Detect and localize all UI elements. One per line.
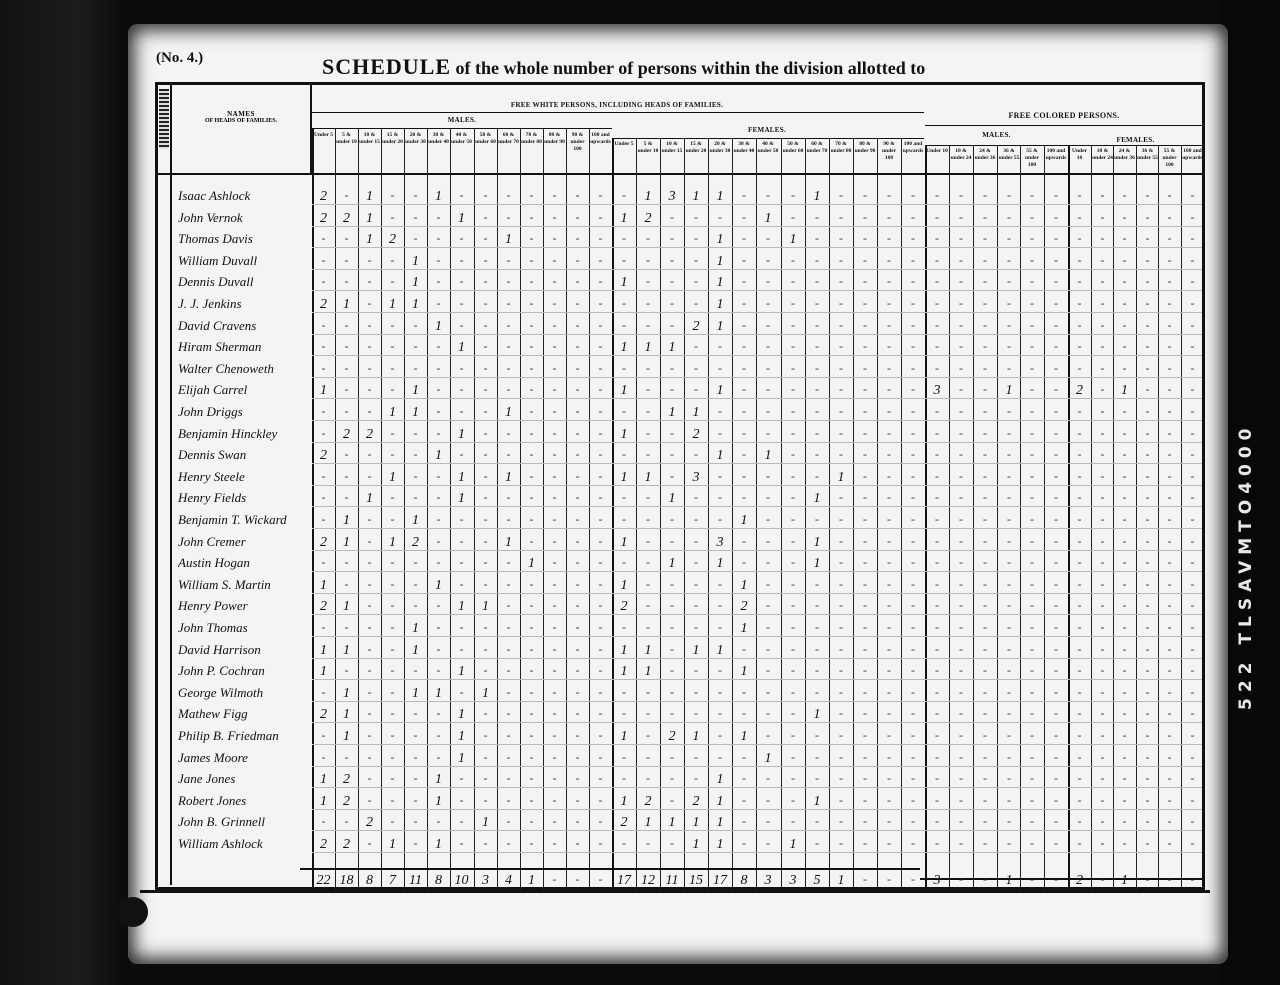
tally-cell: 2 [336,211,358,227]
tally-cell: - [878,469,900,484]
tally-cell: - [757,814,779,829]
tally-cell: 1 [336,513,358,529]
age-column-header: 55 & under 100 [1021,148,1043,190]
age-column-header: 24 & under 36 [1114,148,1135,190]
head-of-family-name: John Thomas [178,620,314,636]
tally-cell: - [830,814,852,829]
head-of-family-name: Hiram Sherman [178,339,314,355]
age-column-header: 90 & under 100 [567,132,588,174]
tally-cell: - [1045,793,1067,808]
tally-cell: - [590,728,612,743]
tally-cell: - [567,469,589,484]
tally-cell: - [685,339,707,354]
tally-cell: - [806,382,828,397]
tally-cell: - [806,469,828,484]
tally-cell: - [382,598,404,613]
tally-cell: - [926,620,948,635]
age-column-header: Under 5 [613,141,635,183]
tally-cell: 1 [451,470,473,486]
tally-cell: - [878,771,900,786]
tally-cell: - [854,706,876,721]
tally-cell: - [685,382,707,397]
tally-cell: - [637,253,659,268]
tally-cell: 2 [613,815,635,831]
tally-cell: - [974,318,996,333]
head-of-family-name: James Moore [178,750,314,766]
tally-cell: - [902,382,924,397]
tally-cell: - [1069,620,1091,635]
tally-cell: - [1045,210,1067,225]
tally-cell: - [313,814,335,829]
tally-cell: - [1021,404,1043,419]
tally-cell: - [521,447,543,462]
tally-cell: 2 [661,729,683,745]
tally-cell: - [613,253,635,268]
tally-cell: - [475,274,497,289]
tally-cell: - [382,685,404,700]
tally-cell: - [637,512,659,527]
tally-cell: - [1092,490,1114,505]
tally-cell: - [974,188,996,203]
age-column-header: 55 & under 100 [1159,148,1180,190]
tally-cell: - [1069,188,1091,203]
tally-cell: - [1159,793,1181,808]
tally-cell: - [359,663,381,678]
tally-cell: - [475,210,497,225]
tally-cell: - [878,296,900,311]
tally-cell: - [1045,426,1067,441]
tally-cell: - [1069,447,1091,462]
tally-cell: - [475,512,497,527]
tally-cell: - [428,231,450,246]
tally-cell: - [1045,469,1067,484]
tally-cell: - [382,555,404,570]
tally-cell: - [998,274,1020,289]
tally-cell: - [475,793,497,808]
tally-cell: - [521,296,543,311]
tally-cell: - [1137,274,1159,289]
head-of-family-name: Jane Jones [178,771,314,787]
tally-cell: - [974,555,996,570]
tally-cell: - [405,771,427,786]
tally-cell: - [544,188,566,203]
tally-cell: - [405,361,427,376]
tally-cell: - [902,685,924,700]
tally-cell: - [590,339,612,354]
tally-cell: - [544,620,566,635]
tally-cell: - [1159,469,1181,484]
total-cell: 1 [521,873,543,889]
tally-cell: - [1114,836,1136,851]
tally-cell: - [544,253,566,268]
tally-cell: - [878,512,900,527]
tally-cell: - [544,706,566,721]
tally-cell: - [359,793,381,808]
tally-cell: - [451,577,473,592]
tally-cell: - [830,555,852,570]
tally-cell: - [521,706,543,721]
tally-cell: 2 [313,189,335,205]
tally-cell: - [998,598,1020,613]
tally-cell: - [950,685,972,700]
tally-cell: - [475,231,497,246]
tally-cell: - [950,750,972,765]
tally-cell: - [1069,296,1091,311]
tally-cell: - [806,663,828,678]
tally-cell: - [806,274,828,289]
tally-cell: - [998,339,1020,354]
tally-cell: - [1182,512,1204,527]
tally-cell: - [926,426,948,441]
tally-cell: - [567,663,589,678]
tally-cell: - [830,836,852,851]
tally-cell: - [475,404,497,419]
tally-cell: 1 [1114,383,1136,399]
tally-cell: - [1137,382,1159,397]
tally-cell: - [590,534,612,549]
tally-cell: - [451,555,473,570]
total-cell: 12 [637,873,659,889]
tally-cell: - [1159,426,1181,441]
tally-cell: - [782,598,804,613]
tally-cell: - [806,210,828,225]
tally-cell: - [830,188,852,203]
tally-cell: 2 [313,837,335,853]
tally-cell: - [830,685,852,700]
tally-cell: - [733,253,755,268]
tally-cell: - [1069,598,1091,613]
tally-cell: - [1021,814,1043,829]
tally-cell: - [567,577,589,592]
tally-cell: - [1021,188,1043,203]
tally-cell: - [498,750,520,765]
tally-cell: - [336,253,358,268]
tally-cell: - [926,685,948,700]
tally-cell: - [1092,836,1114,851]
tally-cell: - [709,728,731,743]
tally-cell: - [521,339,543,354]
tally-cell: - [709,210,731,225]
tally-cell: - [1114,404,1136,419]
tally-cell: - [926,210,948,225]
tally-cell: - [405,339,427,354]
tally-cell: - [1182,469,1204,484]
tally-cell: - [733,793,755,808]
tally-cell: - [544,404,566,419]
tally-cell: - [613,318,635,333]
tally-cell: - [685,490,707,505]
tally-cell: - [1069,771,1091,786]
tally-cell: - [1137,750,1159,765]
age-column-header: 5 & under 10 [637,141,659,183]
tally-cell: 1 [428,837,450,853]
tally-cell: - [1159,339,1181,354]
tally-cell: - [1137,188,1159,203]
tally-cell: - [878,447,900,462]
tally-cell: - [359,382,381,397]
tally-cell: - [521,642,543,657]
tally-cell: 1 [661,340,683,356]
tally-cell: - [878,404,900,419]
tally-cell: 1 [405,686,427,702]
tally-cell: - [974,361,996,376]
tally-cell: - [1182,210,1204,225]
tally-cell: - [1137,577,1159,592]
total-cell: 17 [709,873,731,889]
tally-cell: 1 [521,556,543,572]
head-of-family-name: Dennis Duvall [178,274,314,290]
age-column-header: 30 & under 40 [733,141,755,183]
tally-cell: - [661,685,683,700]
tally-cell: - [336,663,358,678]
tally-cell: - [613,620,635,635]
tally-cell: - [1159,361,1181,376]
tally-cell: - [709,512,731,527]
tally-cell: - [902,318,924,333]
tally-cell: - [313,339,335,354]
tally-cell: - [637,534,659,549]
tally-cell: - [685,231,707,246]
tally-cell: - [685,296,707,311]
tally-cell: - [974,490,996,505]
tally-cell: - [1092,728,1114,743]
tally-cell: - [475,361,497,376]
tally-cell: 1 [405,405,427,421]
household-row: Hiram Sherman------1------111-----------… [172,339,1202,359]
tally-cell: - [475,706,497,721]
tally-cell: - [1182,685,1204,700]
tally-cell: - [590,771,612,786]
tally-cell: 1 [637,643,659,659]
household-row: Dennis Duvall----1--------1---1---------… [172,274,1202,294]
tally-cell: - [1045,577,1067,592]
free-white-heading: FREE WHITE PERSONS, INCLUDING HEADS OF F… [312,101,922,109]
rule [925,125,1203,126]
tally-cell: - [878,620,900,635]
tally-cell: 1 [336,599,358,615]
tally-cell: - [902,706,924,721]
tally-cell: - [685,534,707,549]
tally-cell: - [998,642,1020,657]
tally-cell: 3 [926,383,948,399]
tally-cell: - [782,426,804,441]
tally-cell: - [451,836,473,851]
tally-cell: - [1159,512,1181,527]
tally-cell: - [590,296,612,311]
tally-cell: - [1021,426,1043,441]
names-header-sub: OF HEADS OF FAMILIES. [172,118,310,124]
tally-cell: - [1137,210,1159,225]
film-punch-hole [118,897,148,927]
tally-cell: - [830,771,852,786]
tally-cell: - [661,210,683,225]
tally-cell: - [926,706,948,721]
tally-cell: - [1137,296,1159,311]
tally-cell: - [902,577,924,592]
tally-cell: - [475,382,497,397]
tally-cell: - [428,490,450,505]
tally-cell: - [521,210,543,225]
tally-cell: - [1021,318,1043,333]
microfilm-reel-id: 522 TLSAVMTO4000 [1236,190,1276,710]
total-cell: - [854,872,876,887]
tally-cell: - [782,706,804,721]
tally-cell: - [1092,296,1114,311]
tally-cell: - [1045,296,1067,311]
tally-cell: - [405,490,427,505]
tally-cell: - [475,534,497,549]
age-column-header: 20 & under 30 [709,141,731,183]
tally-cell: - [1182,231,1204,246]
tally-cell: - [757,555,779,570]
tally-cell: - [382,210,404,225]
tally-cell: - [405,318,427,333]
tally-cell: - [1182,274,1204,289]
tally-cell: - [782,814,804,829]
tally-cell: - [428,642,450,657]
tally-cell: - [974,296,996,311]
tally-cell: - [661,771,683,786]
tally-cell: - [613,685,635,700]
head-of-family-name: John Vernok [178,210,314,226]
tally-cell: - [1114,728,1136,743]
tally-cell: - [521,469,543,484]
tally-cell: - [1069,274,1091,289]
tally-cell: - [521,231,543,246]
tally-cell: 1 [709,815,731,831]
tally-cell: - [313,620,335,635]
tally-cell: - [854,296,876,311]
tally-cell: - [567,361,589,376]
tally-cell: 1 [382,405,404,421]
head-of-family-name: William Ashlock [178,836,314,852]
tally-cell: - [974,642,996,657]
tally-cell: - [1021,339,1043,354]
tally-cell: - [359,296,381,311]
age-column-header: 70 & under 80 [521,132,542,174]
tally-cell: - [567,253,589,268]
tally-cell: - [382,512,404,527]
tally-cell: - [661,447,683,462]
tally-cell: - [1159,598,1181,613]
tally-cell: 1 [613,275,635,291]
tally-cell: - [926,642,948,657]
tally-cell: - [544,339,566,354]
tally-cell: - [854,188,876,203]
tally-cell: - [637,555,659,570]
tally-cell: - [1114,814,1136,829]
tally-cell: - [428,382,450,397]
rule [312,112,924,113]
tally-cell: 1 [998,383,1020,399]
tally-cell: - [567,555,589,570]
tally-cell: - [637,426,659,441]
tally-cell: - [428,339,450,354]
tally-cell: - [782,253,804,268]
tally-cell: - [902,728,924,743]
tally-cell: - [1159,382,1181,397]
tally-cell: - [902,750,924,765]
age-column-header: 15 & under 20 [685,141,707,183]
tally-cell: - [1069,512,1091,527]
total-cell: 10 [451,873,473,889]
tally-cell: 1 [757,211,779,227]
tally-cell: - [590,447,612,462]
tally-cell: - [1092,771,1114,786]
tally-cell: - [1159,210,1181,225]
tally-cell: 1 [709,448,731,464]
head-of-family-name: Benjamin Hinckley [178,426,314,442]
tally-cell: - [950,663,972,678]
tally-cell: - [451,534,473,549]
tally-cell: - [428,750,450,765]
tally-cell: - [661,361,683,376]
head-of-family-name: William S. Martin [178,577,314,593]
tally-cell: - [1069,534,1091,549]
tally-cell: - [950,469,972,484]
tally-cell: - [1092,426,1114,441]
tally-cell: - [1182,555,1204,570]
tally-cell: - [313,750,335,765]
tally-cell: - [830,447,852,462]
head-of-family-name: J. J. Jenkins [178,296,314,312]
tally-cell: - [830,577,852,592]
tally-cell: 1 [806,535,828,551]
tally-cell: - [382,318,404,333]
tally-cell: - [567,814,589,829]
tally-cell: 2 [313,448,335,464]
household-row: Jane Jones12---1-----------1------------… [172,771,1202,791]
tally-cell: - [1069,339,1091,354]
tally-cell: - [1021,685,1043,700]
tally-cell: - [902,814,924,829]
tally-cell: - [1114,210,1136,225]
household-row: Thomas Davis--12----1--------1--1-------… [172,231,1202,251]
tally-cell: 1 [661,491,683,507]
tally-cell: 1 [405,643,427,659]
tally-cell: - [854,598,876,613]
tally-cell: - [590,382,612,397]
tally-cell: - [830,296,852,311]
tally-cell: - [498,577,520,592]
tally-cell: 1 [382,837,404,853]
tally-cell: - [1069,706,1091,721]
tally-cell: 1 [382,535,404,551]
tally-cell: 1 [313,794,335,810]
tally-cell: - [974,577,996,592]
tally-cell: 1 [685,643,707,659]
tally-cell: - [685,577,707,592]
tally-cell: - [590,512,612,527]
tally-cell: - [685,555,707,570]
tally-cell: - [878,814,900,829]
tally-cell: - [806,836,828,851]
tally-cell: - [475,469,497,484]
tally-cell: - [1021,555,1043,570]
head-of-family-name: Benjamin T. Wickard [178,512,314,528]
tally-cell: 1 [475,686,497,702]
household-row: Henry Fields--1---1--------1-----1------… [172,490,1202,510]
tally-cell: - [498,771,520,786]
tally-cell: - [926,447,948,462]
tally-cell: - [757,404,779,419]
tally-cell: - [613,490,635,505]
tally-cell: 1 [733,578,755,594]
total-cell: - [567,872,589,887]
tally-cell: - [1021,728,1043,743]
tally-cell: 1 [613,470,635,486]
tally-cell: - [382,490,404,505]
